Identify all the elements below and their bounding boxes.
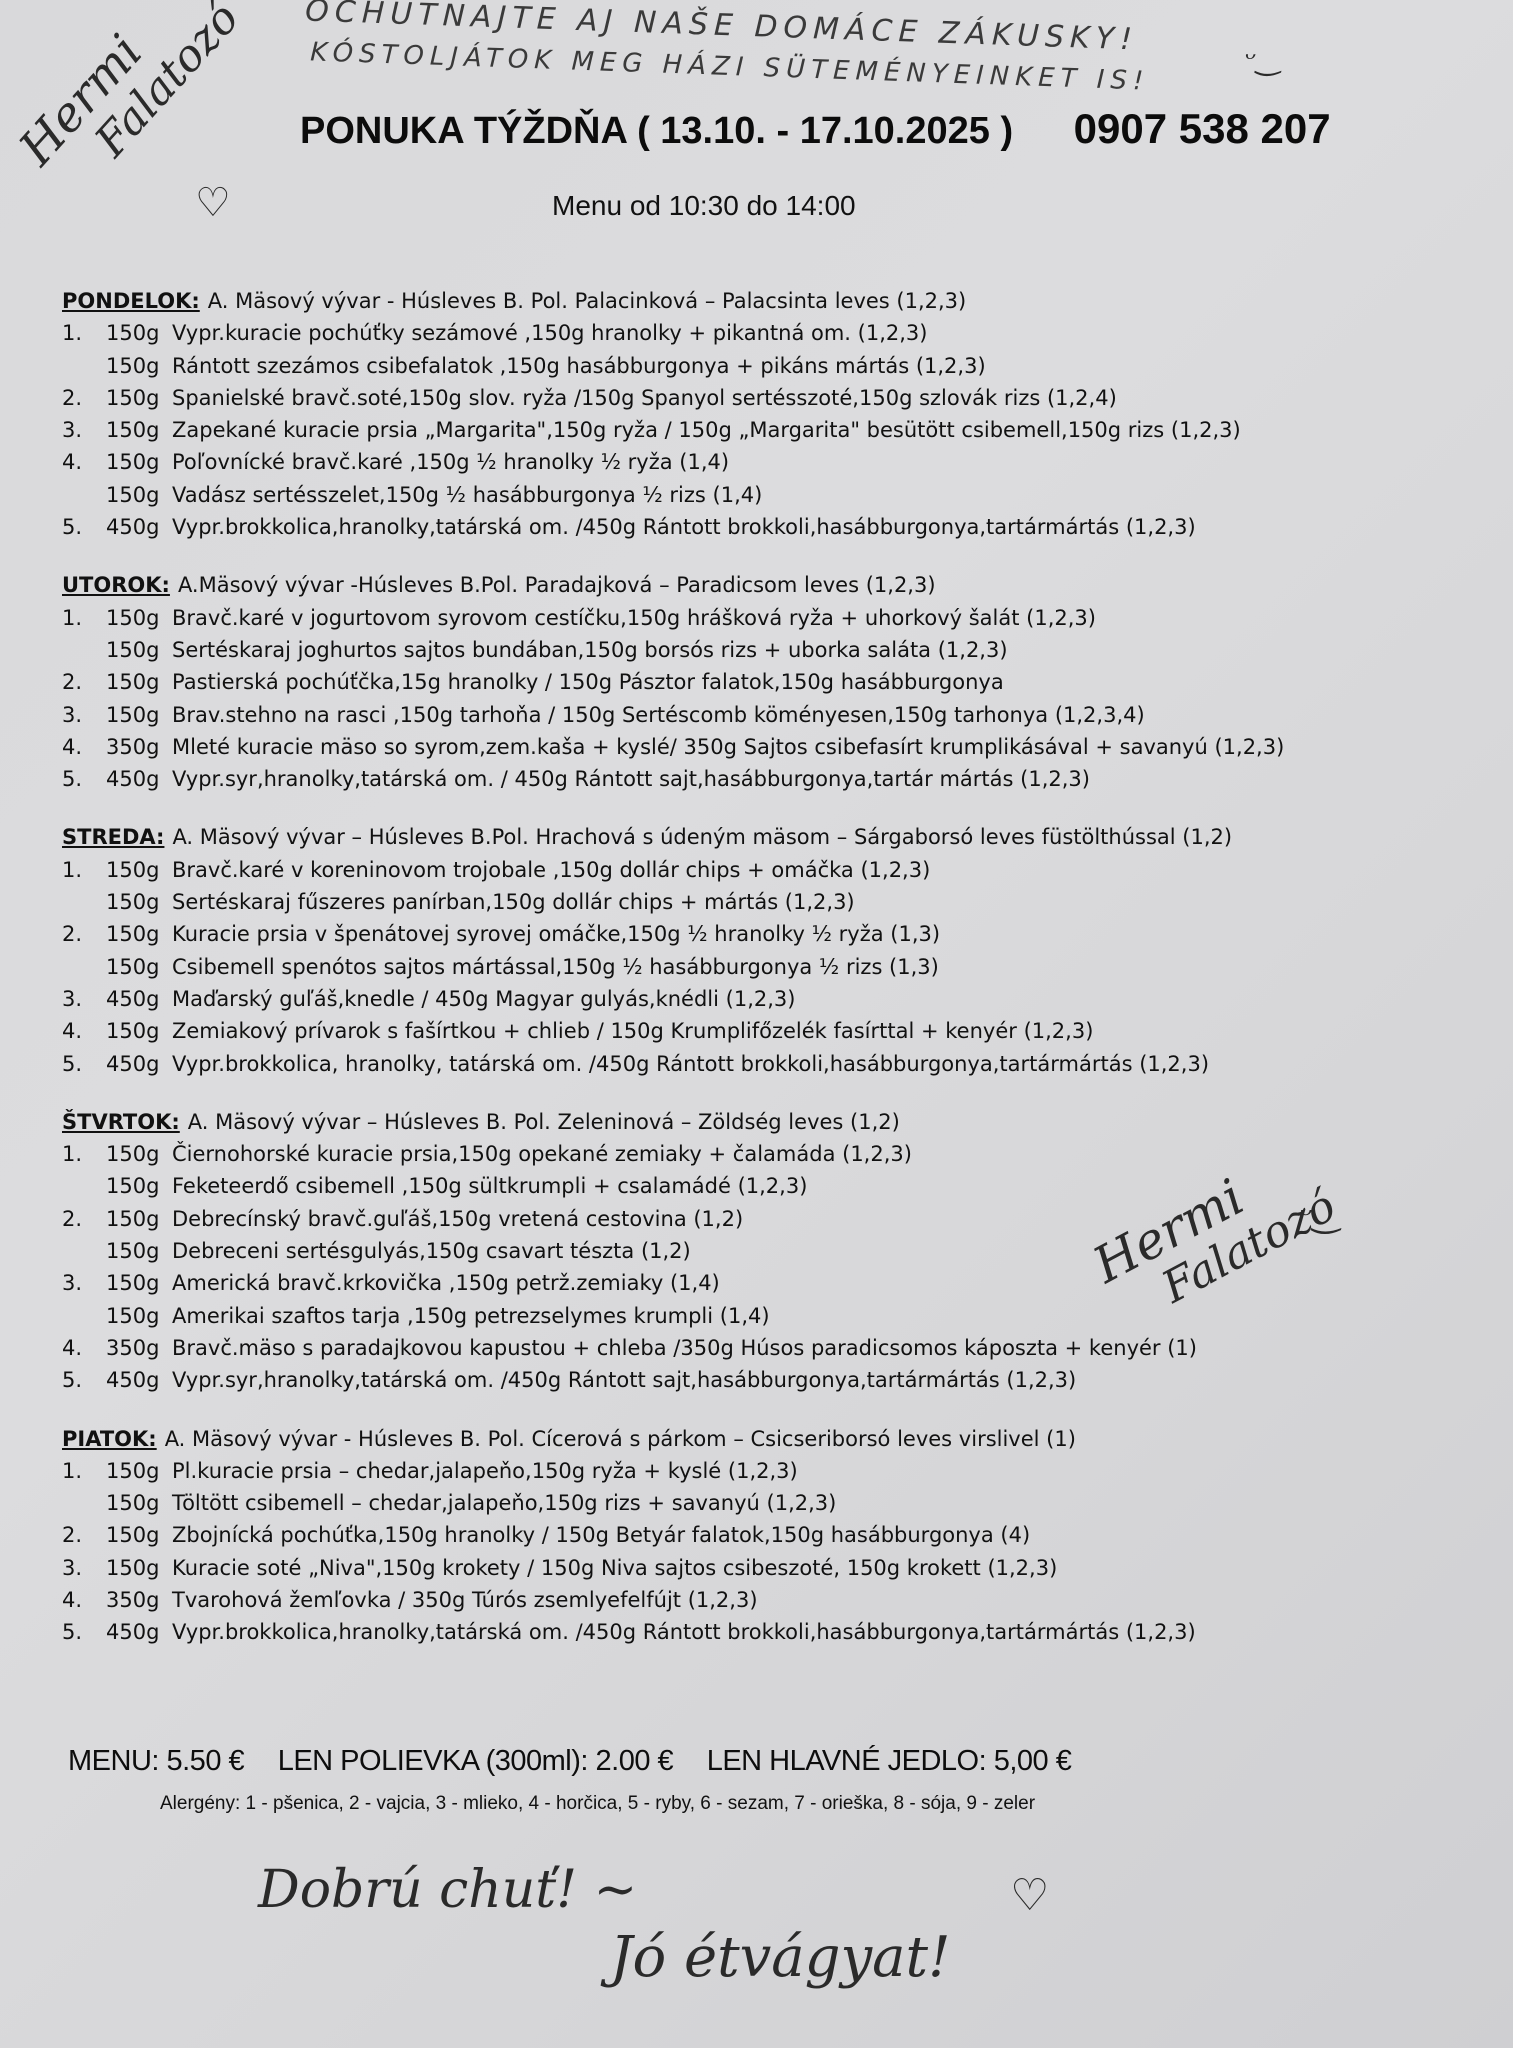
item-weight: 150g — [106, 1267, 172, 1299]
item-description: Brav.stehno na rasci ,150g tarhoňa / 150… — [172, 699, 1145, 731]
smiley-doodle-icon: ᵕ‿ — [1300, 1195, 1340, 1235]
closing-note-hu: Jó étvágyat! — [610, 1925, 951, 1990]
menu-item: 4.150gPoľovnícké bravč.karé ,150g ½ hran… — [62, 446, 1482, 478]
item-description: Americká bravč.krkovička ,150g petrž.zem… — [172, 1267, 720, 1299]
item-number: 2. — [62, 918, 106, 950]
item-description: Mleté kuracie mäso so syrom,zem.kaša + k… — [172, 731, 1284, 763]
item-description: Pl.kuracie prsia – chedar,jalapeňo,150g … — [172, 1455, 798, 1487]
item-number: 2. — [62, 666, 106, 698]
item-number — [62, 634, 106, 666]
item-number — [62, 479, 106, 511]
item-description: Feketeerdő csibemell ,150g sültkrumpli +… — [172, 1170, 807, 1202]
item-description: Sertéskaraj joghurtos sajtos bundában,15… — [172, 634, 1008, 666]
day-name: ŠTVRTOK: — [62, 1110, 180, 1134]
menu-item: 2.150gPastierská pochúťčka,15g hranolky … — [62, 666, 1482, 698]
item-number: 2. — [62, 1203, 106, 1235]
item-description: Bravč.karé v jogurtovom syrovom cestíčku… — [172, 602, 1096, 634]
day-name: STREDA: — [62, 825, 164, 849]
item-weight: 150g — [106, 1455, 172, 1487]
item-number: 5. — [62, 763, 106, 795]
item-description: Čiernohorské kuracie prsia,150g opekané … — [172, 1138, 912, 1170]
menu-item: 3.450gMaďarský guľáš,knedle / 450g Magya… — [62, 983, 1482, 1015]
item-description: Amerikai szaftos tarja ,150g petrezselym… — [172, 1300, 770, 1332]
item-description: Vypr.brokkolica, hranolky, tatárská om. … — [172, 1048, 1209, 1080]
phone-number: 0907 538 207 — [1074, 105, 1331, 152]
item-weight: 150g — [106, 1519, 172, 1551]
item-weight: 150g — [106, 1015, 172, 1047]
item-number: 1. — [62, 317, 106, 349]
item-description: Csibemell spenótos sajtos mártással,150g… — [172, 951, 939, 983]
item-number: 3. — [62, 983, 106, 1015]
day-section: PIATOK:A. Mäsový vývar - Húsleves B. Pol… — [62, 1423, 1482, 1649]
menu-item: 2.150gKuracie prsia v špenátovej syrovej… — [62, 918, 1482, 950]
item-weight: 150g — [106, 1235, 172, 1267]
item-weight: 150g — [106, 1487, 172, 1519]
menu-item: 2.150gZbojnícká pochúťka,150g hranolky /… — [62, 1519, 1482, 1551]
item-number: 4. — [62, 446, 106, 478]
item-number: 5. — [62, 1616, 106, 1648]
item-number — [62, 1300, 106, 1332]
weekly-menu: PONDELOK:A. Mäsový vývar - Húsleves B. P… — [62, 285, 1482, 1675]
item-number: 1. — [62, 854, 106, 886]
item-weight: 150g — [106, 699, 172, 731]
soup-options: A. Mäsový vývar – Húsleves B.Pol. Hracho… — [172, 825, 1232, 849]
item-description: Vadász sertésszelet,150g ½ hasábburgonya… — [172, 479, 762, 511]
day-name: UTOROK: — [62, 573, 170, 597]
soup-options: A.Mäsový vývar -Húsleves B.Pol. Paradajk… — [178, 573, 936, 597]
item-number: 5. — [62, 511, 106, 543]
item-description: Tvarohová žemľovka / 350g Túrós zsemlyef… — [172, 1584, 758, 1616]
item-number — [62, 1235, 106, 1267]
menu-item: 4.350gMleté kuracie mäso so syrom,zem.ka… — [62, 731, 1482, 763]
soup-options: A. Mäsový vývar - Húsleves B. Pol. Palac… — [208, 289, 966, 313]
item-description: Rántott szezámos csibefalatok ,150g hasá… — [172, 350, 986, 382]
item-weight: 150g — [106, 951, 172, 983]
menu-item: 150gAmerikai szaftos tarja ,150g petrezs… — [62, 1300, 1482, 1332]
item-weight: 150g — [106, 634, 172, 666]
day-name: PONDELOK: — [62, 289, 200, 313]
soup-options: A. Mäsový vývar - Húsleves B. Pol. Cícer… — [165, 1427, 1076, 1451]
menu-item: 2.150gSpanielské bravč.soté,150g slov. r… — [62, 382, 1482, 414]
day-header: STREDA:A. Mäsový vývar – Húsleves B.Pol.… — [62, 821, 1482, 853]
menu-item: 150gCsibemell spenótos sajtos mártással,… — [62, 951, 1482, 983]
item-weight: 450g — [106, 1364, 172, 1396]
menu-item: 150gVadász sertésszelet,150g ½ hasábburg… — [62, 479, 1482, 511]
item-number: 3. — [62, 699, 106, 731]
menu-item: 3.150gKuracie soté „Niva",150g krokety /… — [62, 1552, 1482, 1584]
menu-item: 150gSertéskaraj joghurtos sajtos bundába… — [62, 634, 1482, 666]
menu-item: 5.450gVypr.brokkolica, hranolky, tatársk… — [62, 1048, 1482, 1080]
day-header: PIATOK:A. Mäsový vývar - Húsleves B. Pol… — [62, 1423, 1482, 1455]
item-weight: 150g — [106, 666, 172, 698]
item-description: Zapekané kuracie prsia „Margarita",150g … — [172, 414, 1241, 446]
item-number: 2. — [62, 1519, 106, 1551]
item-description: Kuracie prsia v špenátovej syrovej omáčk… — [172, 918, 940, 950]
menu-item: 150gTöltött csibemell – chedar,jalapeňo,… — [62, 1487, 1482, 1519]
item-description: Zbojnícká pochúťka,150g hranolky / 150g … — [172, 1519, 1030, 1551]
item-description: Zemiakový prívarok s fašírtkou + chlieb … — [172, 1015, 1093, 1047]
week-title: PONUKA TÝŽDŇA ( 13.10. - 17.10.2025 ) — [300, 110, 1013, 152]
menu-item: 1.150gBravč.karé v jogurtovom syrovom ce… — [62, 602, 1482, 634]
item-description: Töltött csibemell – chedar,jalapeňo,150g… — [172, 1487, 836, 1519]
menu-item: 1.150gBravč.karé v koreninovom trojobale… — [62, 854, 1482, 886]
day-name: PIATOK: — [62, 1427, 157, 1451]
handwritten-signature: Hermi Falatozó — [10, 0, 248, 208]
item-weight: 450g — [106, 1616, 172, 1648]
smiley-doodle-icon: ᵕ‿ — [1245, 42, 1281, 77]
item-description: Vypr.brokkolica,hranolky,tatárská om. /4… — [172, 511, 1196, 543]
allergen-legend: Alergény: 1 - pšenica, 2 - vajcia, 3 - m… — [160, 1793, 1035, 1815]
item-weight: 150g — [106, 414, 172, 446]
item-description: Spanielské bravč.soté,150g slov. ryža /1… — [172, 382, 1117, 414]
item-weight: 150g — [106, 317, 172, 349]
day-header: PONDELOK:A. Mäsový vývar - Húsleves B. P… — [62, 285, 1482, 317]
item-description: Pastierská pochúťčka,15g hranolky / 150g… — [172, 666, 1004, 698]
item-weight: 150g — [106, 479, 172, 511]
item-weight: 150g — [106, 918, 172, 950]
item-weight: 450g — [106, 983, 172, 1015]
menu-item: 3.150gAmerická bravč.krkovička ,150g pet… — [62, 1267, 1482, 1299]
item-number: 3. — [62, 1267, 106, 1299]
item-weight: 150g — [106, 350, 172, 382]
item-number: 3. — [62, 1552, 106, 1584]
item-description: Bravč.mäso s paradajkovou kapustou + chl… — [172, 1332, 1197, 1364]
item-number: 5. — [62, 1364, 106, 1396]
item-weight: 350g — [106, 731, 172, 763]
item-weight: 450g — [106, 1048, 172, 1080]
item-number — [62, 1487, 106, 1519]
menu-item: 4.350gTvarohová žemľovka / 350g Túrós zs… — [62, 1584, 1482, 1616]
item-weight: 150g — [106, 602, 172, 634]
day-section: UTOROK:A.Mäsový vývar -Húsleves B.Pol. P… — [62, 569, 1482, 795]
item-description: Kuracie soté „Niva",150g krokety / 150g … — [172, 1552, 1057, 1584]
day-section: STREDA:A. Mäsový vývar – Húsleves B.Pol.… — [62, 821, 1482, 1079]
item-number: 1. — [62, 1138, 106, 1170]
page-title: PONUKA TÝŽDŇA ( 13.10. - 17.10.2025 ) 09… — [300, 105, 1331, 153]
item-description: Vypr.brokkolica,hranolky,tatárská om. /4… — [172, 1616, 1196, 1648]
item-weight: 150g — [106, 1170, 172, 1202]
menu-sheet: OCHUTNAJTE AJ NAŠE DOMÁCE ZÁKUSKY! KÓSTO… — [0, 0, 1513, 2048]
item-description: Vypr.syr,hranolky,tatárská om. /450g Rán… — [172, 1364, 1076, 1396]
item-number: 1. — [62, 602, 106, 634]
price-main-only: LEN HLAVNÉ JEDLO: 5,00 € — [707, 1745, 1072, 1777]
price-menu: MENU: 5.50 € — [68, 1745, 244, 1777]
menu-item: 4.150gZemiakový prívarok s fašírtkou + c… — [62, 1015, 1482, 1047]
menu-item: 5.450gVypr.syr,hranolky,tatárská om. /45… — [62, 1364, 1482, 1396]
item-description: Bravč.karé v koreninovom trojobale ,150g… — [172, 854, 930, 886]
item-weight: 450g — [106, 763, 172, 795]
item-weight: 150g — [106, 854, 172, 886]
heart-doodle-icon: ♡ — [195, 180, 231, 226]
menu-item: 5.450gVypr.brokkolica,hranolky,tatárská … — [62, 1616, 1482, 1648]
item-description: Debrecínský bravč.guľáš,150g vretená ces… — [172, 1203, 743, 1235]
item-number: 4. — [62, 1015, 106, 1047]
item-description: Debreceni sertésgulyás,150g csavart tész… — [172, 1235, 691, 1267]
item-description: Poľovnícké bravč.karé ,150g ½ hranolky ½… — [172, 446, 729, 478]
item-weight: 450g — [106, 511, 172, 543]
menu-item: 5.450gVypr.brokkolica,hranolky,tatárská … — [62, 511, 1482, 543]
price-list: MENU: 5.50 € LEN POLIEVKA (300ml): 2.00 … — [68, 1745, 1097, 1778]
menu-item: 1.150gVypr.kuracie pochúťky sezámové ,15… — [62, 317, 1482, 349]
soup-options: A. Mäsový vývar – Húsleves B. Pol. Zelen… — [188, 1110, 900, 1134]
item-weight: 150g — [106, 886, 172, 918]
menu-item: 4.350gBravč.mäso s paradajkovou kapustou… — [62, 1332, 1482, 1364]
item-number: 3. — [62, 414, 106, 446]
menu-item: 150gRántott szezámos csibefalatok ,150g … — [62, 350, 1482, 382]
menu-item: 3.150gZapekané kuracie prsia „Margarita"… — [62, 414, 1482, 446]
item-number: 4. — [62, 1332, 106, 1364]
price-soup-only: LEN POLIEVKA (300ml): 2.00 € — [278, 1745, 673, 1777]
closing-note-sk: Dobrú chuť! ~ — [258, 1860, 637, 1920]
item-number: 2. — [62, 382, 106, 414]
day-header: UTOROK:A.Mäsový vývar -Húsleves B.Pol. P… — [62, 569, 1482, 601]
opening-hours: Menu od 10:30 do 14:00 — [552, 190, 856, 222]
menu-item: 150gSertéskaraj fűszeres panírban,150g d… — [62, 886, 1482, 918]
item-weight: 350g — [106, 1332, 172, 1364]
menu-item: 1.150gPl.kuracie prsia – chedar,jalapeňo… — [62, 1455, 1482, 1487]
item-description: Sertéskaraj fűszeres panírban,150g dollá… — [172, 886, 855, 918]
item-number: 4. — [62, 1584, 106, 1616]
item-number — [62, 1170, 106, 1202]
menu-item: 3.150gBrav.stehno na rasci ,150g tarhoňa… — [62, 699, 1482, 731]
item-number — [62, 886, 106, 918]
item-description: Maďarský guľáš,knedle / 450g Magyar guly… — [172, 983, 795, 1015]
item-description: Vypr.syr,hranolky,tatárská om. / 450g Rá… — [172, 763, 1090, 795]
menu-item: 5.450gVypr.syr,hranolky,tatárská om. / 4… — [62, 763, 1482, 795]
item-weight: 350g — [106, 1584, 172, 1616]
item-weight: 150g — [106, 1552, 172, 1584]
item-number — [62, 350, 106, 382]
item-number: 4. — [62, 731, 106, 763]
item-number — [62, 951, 106, 983]
item-weight: 150g — [106, 1138, 172, 1170]
item-weight: 150g — [106, 446, 172, 478]
day-header: ŠTVRTOK:A. Mäsový vývar – Húsleves B. Po… — [62, 1106, 1482, 1138]
item-description: Vypr.kuracie pochúťky sezámové ,150g hra… — [172, 317, 927, 349]
item-number: 5. — [62, 1048, 106, 1080]
item-number: 1. — [62, 1455, 106, 1487]
item-weight: 150g — [106, 382, 172, 414]
item-weight: 150g — [106, 1203, 172, 1235]
day-section: PONDELOK:A. Mäsový vývar - Húsleves B. P… — [62, 285, 1482, 543]
heart-doodle-icon: ♡ — [1010, 1870, 1049, 1921]
item-weight: 150g — [106, 1300, 172, 1332]
